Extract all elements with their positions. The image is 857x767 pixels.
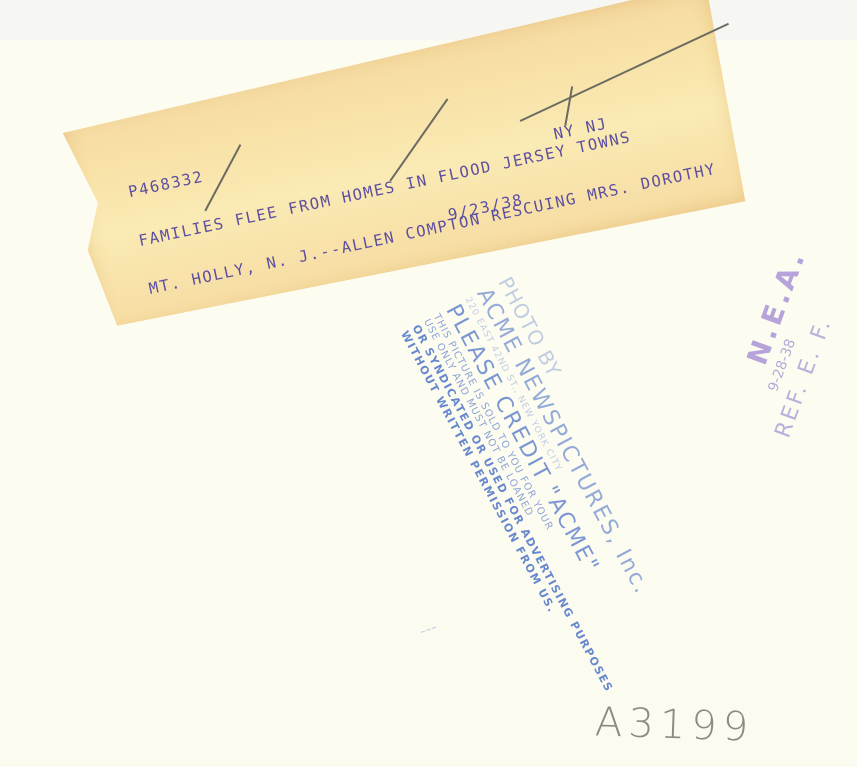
photo-back: P468332 FAMILIES FLEE FROM HOMES IN FLOO… <box>0 0 857 767</box>
acme-newspictures-stamp: PHOTO BY ACME NEWSPICTURES, Inc. 220 EAS… <box>223 273 636 657</box>
handwritten-archive-code: A3199 <box>594 699 755 751</box>
small-faint-stamp: ~~~ <box>419 616 461 643</box>
paper-top-edge <box>0 0 857 40</box>
caption-label: P468332 FAMILIES FLEE FROM HOMES IN FLOO… <box>60 0 752 337</box>
nea-stamp: N.E.A. 9-28-38 REF. E. F. <box>744 216 857 443</box>
